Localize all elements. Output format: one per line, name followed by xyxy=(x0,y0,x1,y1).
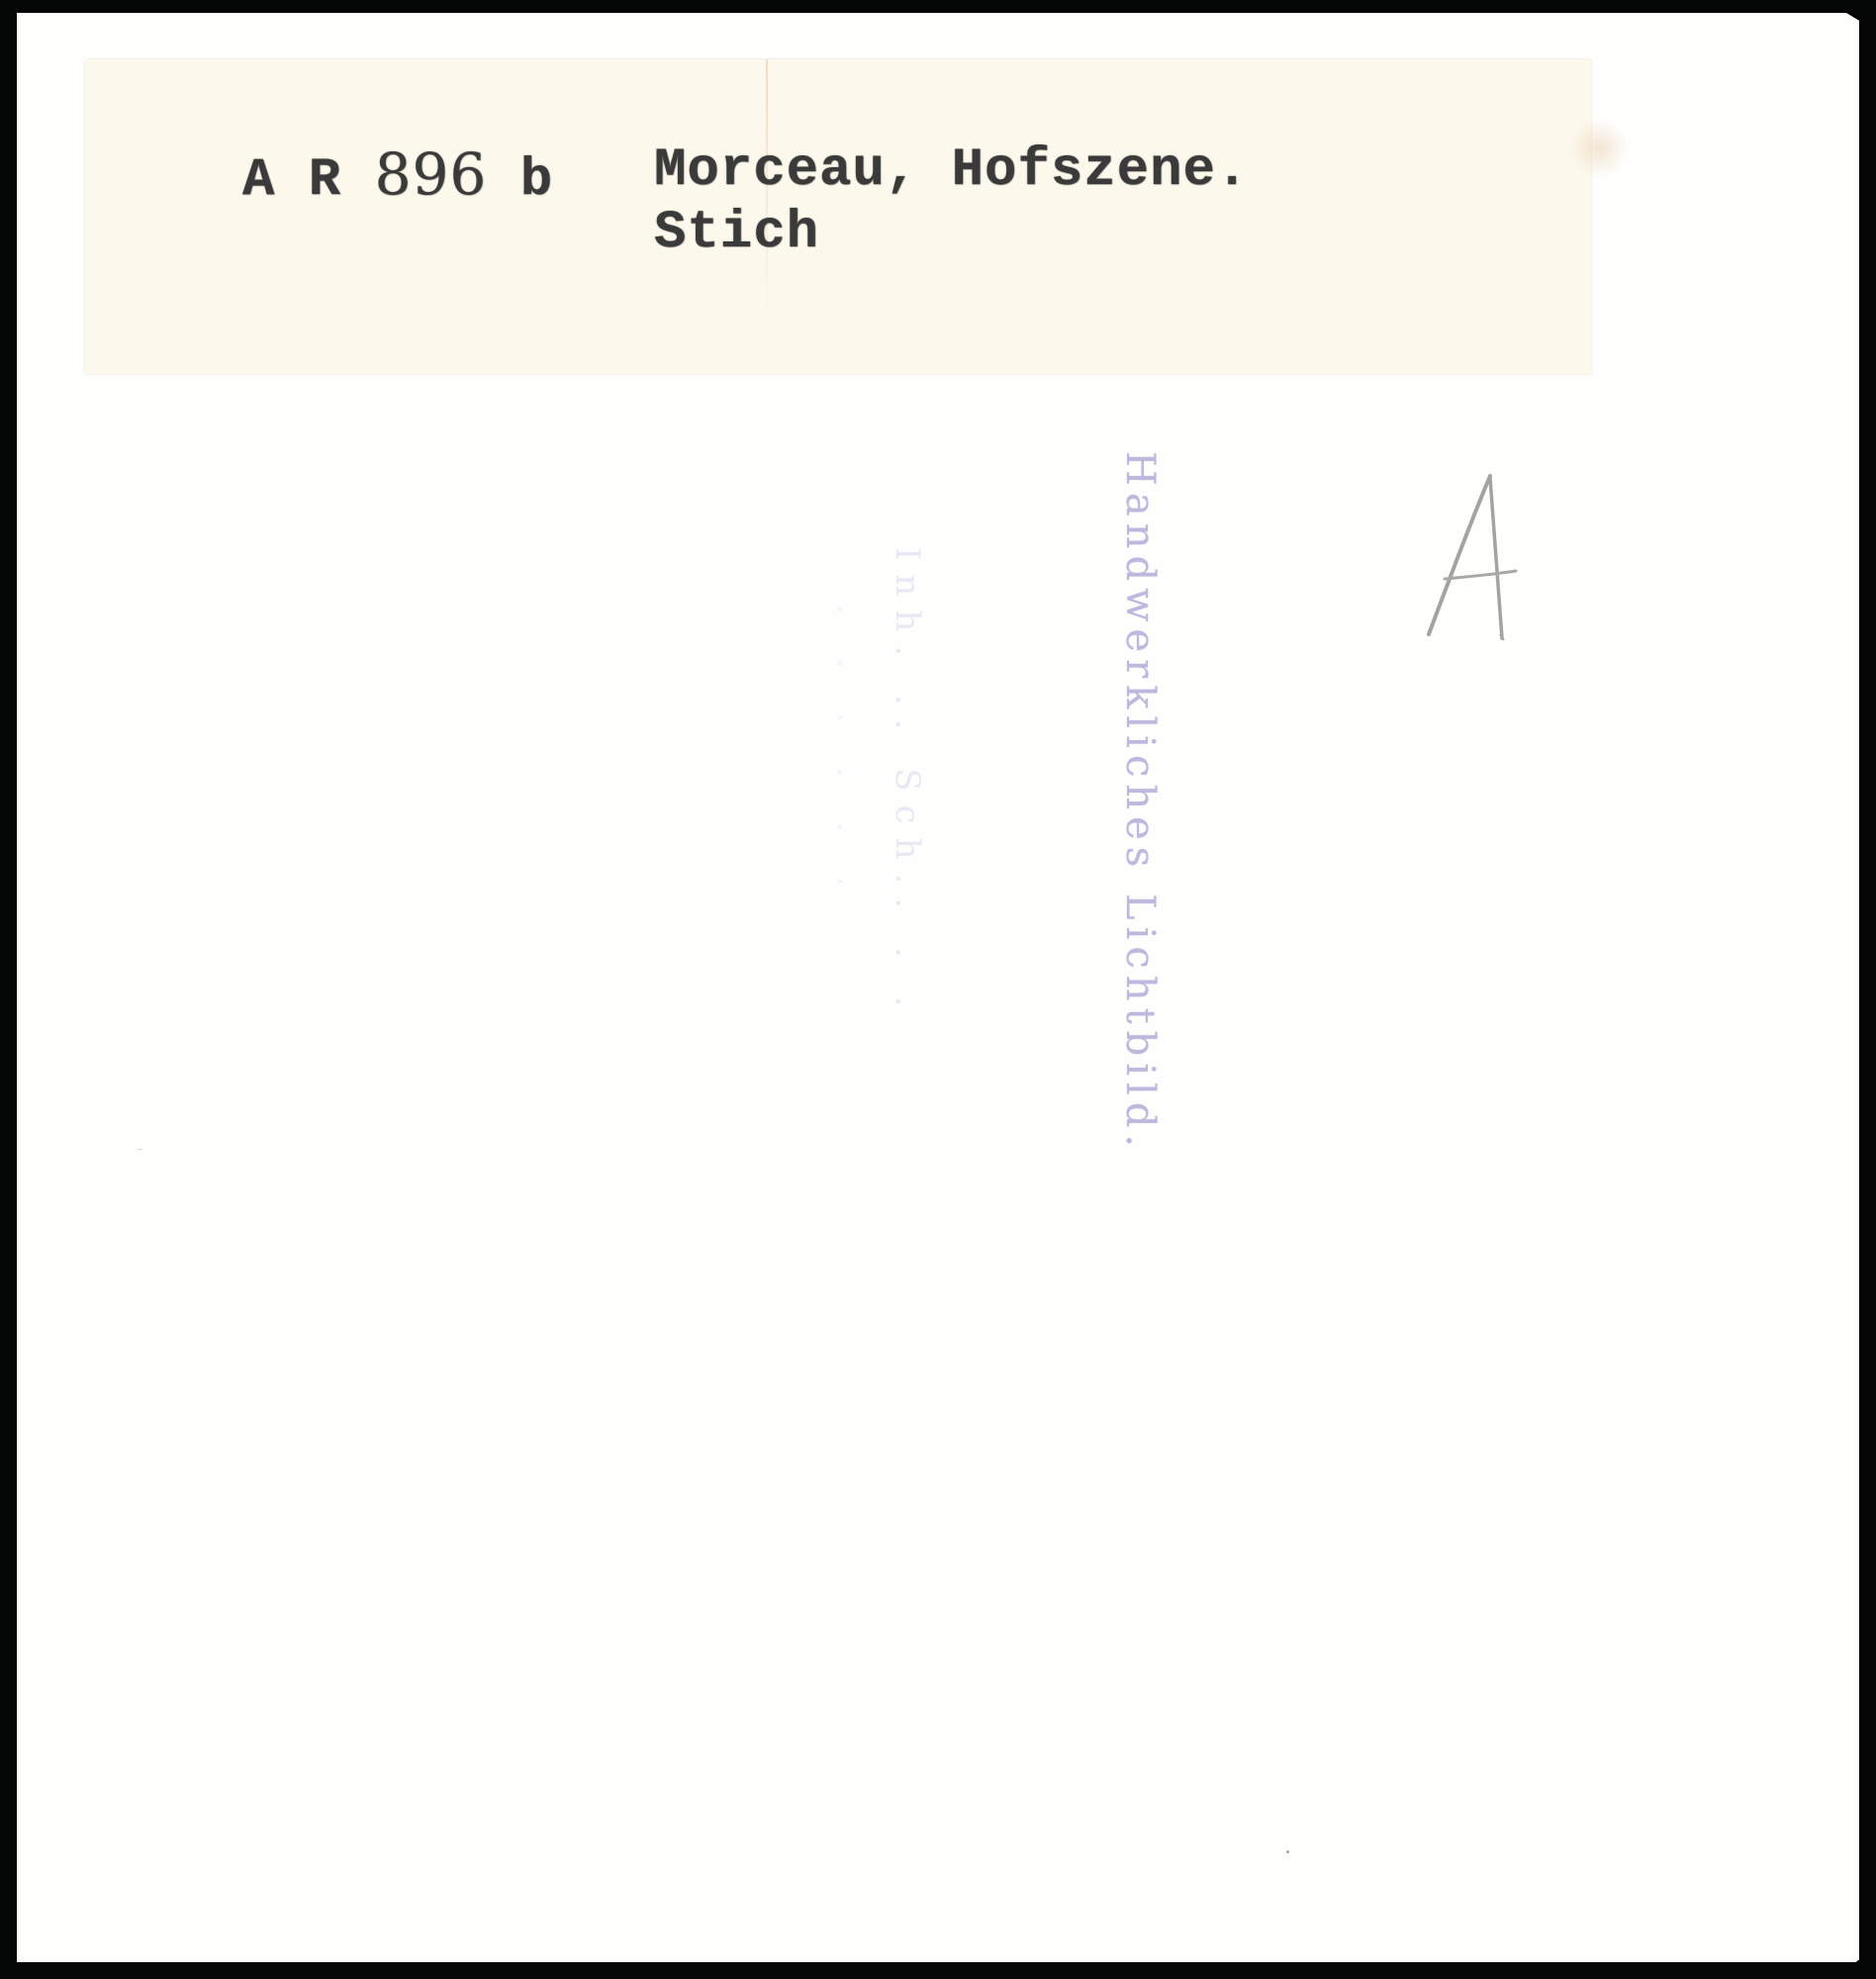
stamp-faint-line-1: Inh. .. Sch.. . . xyxy=(888,547,927,1101)
catalog-number-value: 896 xyxy=(375,141,488,208)
catalog-number: A R 896 b xyxy=(242,141,553,211)
stamp-faint-line-2: . . . . . . xyxy=(831,605,866,1159)
catalog-label: A R 896 b Morceau, Hofszene. Stich xyxy=(85,59,1591,374)
artwork-medium: Stich xyxy=(654,203,819,263)
handwritten-a-mark xyxy=(1407,468,1526,646)
paper-speck xyxy=(137,1149,142,1150)
photographer-stamp: Handwerkliches Lichtbild. xyxy=(1117,451,1163,1164)
catalog-prefix: A R xyxy=(242,150,341,211)
paper-speck xyxy=(1286,1850,1289,1853)
catalog-suffix: b xyxy=(520,150,553,211)
photo-card-back: A R 896 b Morceau, Hofszene. Stich . . .… xyxy=(17,13,1859,1962)
artwork-title: Morceau, Hofszene. xyxy=(654,141,1249,201)
